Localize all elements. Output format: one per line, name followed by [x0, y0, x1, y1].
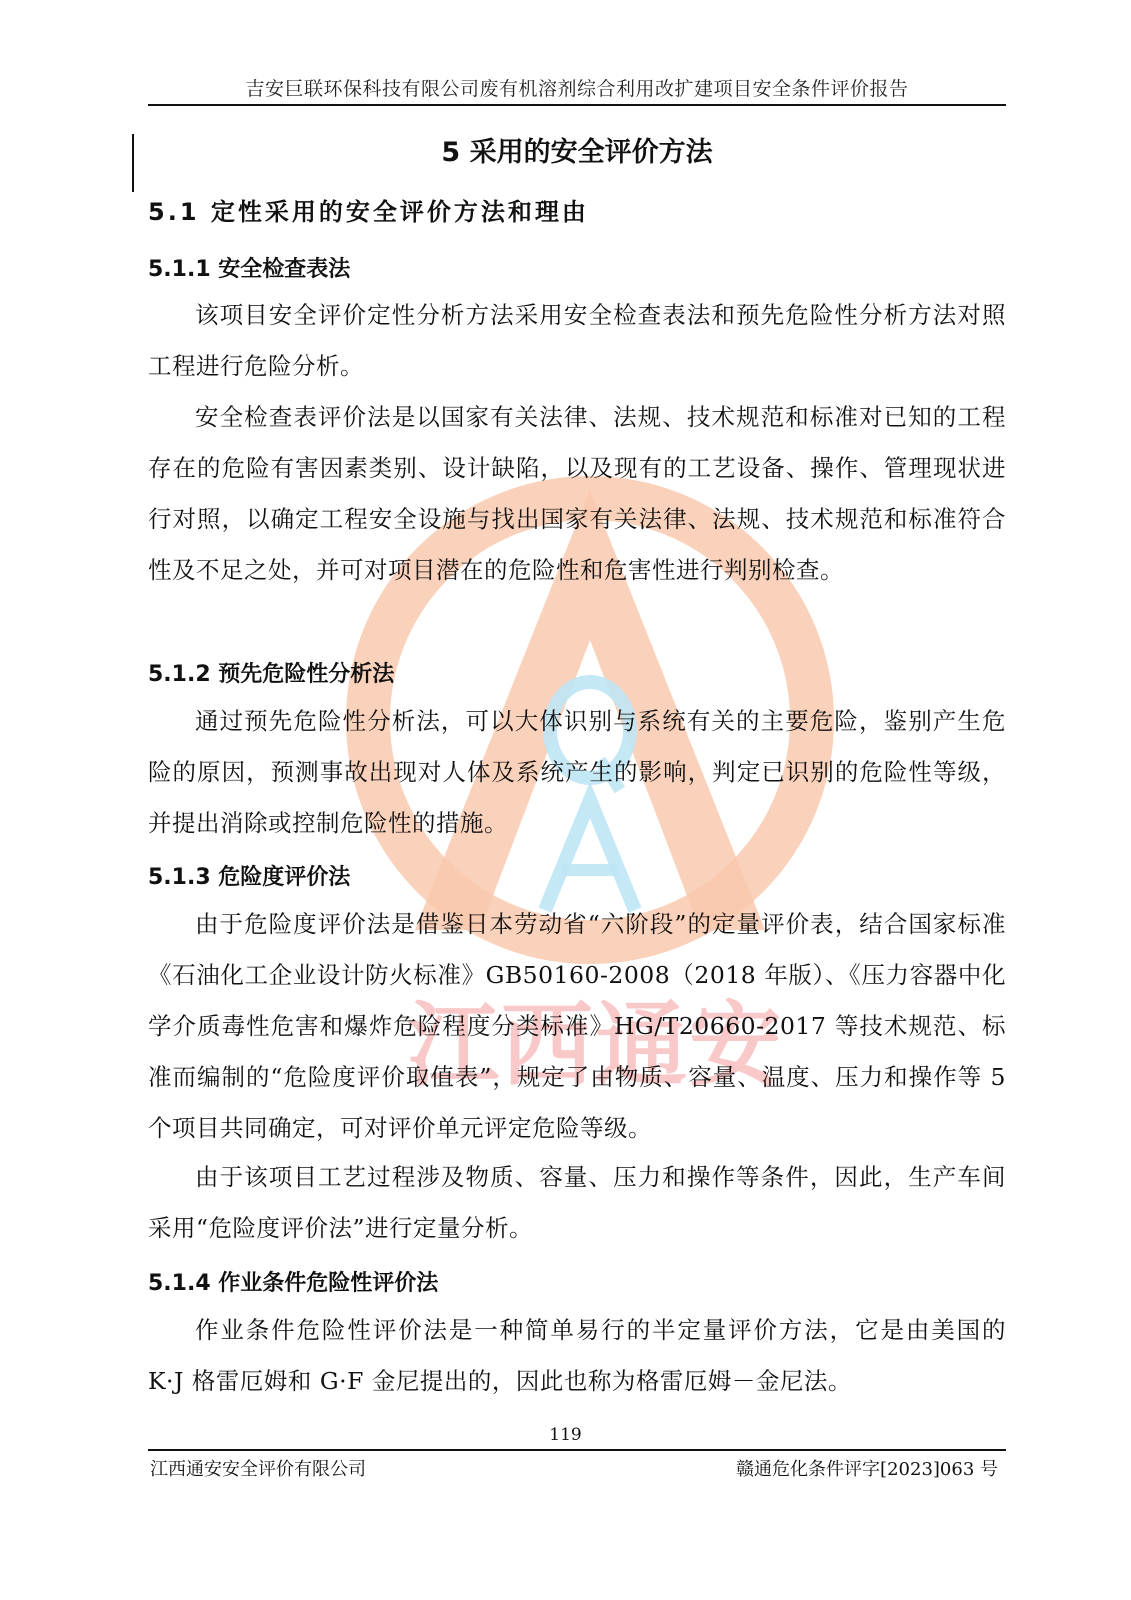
page-number: 119 — [0, 1425, 1131, 1445]
section-heading-5-1-1: 5.1.1 安全检查表法 — [148, 252, 350, 283]
change-bar-marker — [132, 134, 134, 192]
section-heading-5-1-4: 5.1.4 作业条件危险性评价法 — [148, 1266, 438, 1297]
paragraph-5-1-3-application: 由于该项目工艺过程涉及物质、容量、压力和操作等条件，因此，生产车间采用“危险度评… — [148, 1152, 1006, 1254]
paragraph-5-1-1-checklist: 安全检查表评价法是以国家有关法律、法规、技术规范和标准对已知的工程存在的危险有害… — [148, 392, 1006, 596]
running-header: 吉安巨联环保科技有限公司废有机溶剂综合利用改扩建项目安全条件评价报告 — [148, 74, 1006, 101]
paragraph-5-1-3-method: 由于危险度评价法是借鉴日本劳动省“六阶段”的定量评价表，结合国家标准《石油化工企… — [148, 899, 1006, 1154]
footer-divider — [148, 1449, 1006, 1451]
chapter-title: 5 采用的安全评价方法 — [148, 130, 1006, 169]
section-heading-5-1-3: 5.1.3 危险度评价法 — [148, 860, 350, 891]
document-page: 江西通安 吉安巨联环保科技有限公司废有机溶剂综合利用改扩建项目安全条件评价报告 … — [0, 0, 1131, 1600]
header-divider — [148, 104, 1006, 106]
footer-company: 江西通安安全评价有限公司 — [150, 1455, 366, 1481]
paragraph-5-1-2: 通过预先危险性分析法，可以大体识别与系统有关的主要危险，鉴别产生危险的原因，预测… — [148, 696, 1006, 849]
section-heading-5-1-2: 5.1.2 预先危险性分析法 — [148, 657, 394, 688]
paragraph-5-1-1-intro: 该项目安全评价定性分析方法采用安全检查表法和预先危险性分析方法对照工程进行危险分… — [148, 290, 1006, 392]
paragraph-5-1-4: 作业条件危险性评价法是一种简单易行的半定量评价方法，它是由美国的 K·J 格雷厄… — [148, 1305, 1006, 1407]
section-heading-5-1: 5.1 定性采用的安全评价方法和理由 — [148, 192, 589, 227]
footer-doc-number: 赣通危化条件评字[2023]063 号 — [736, 1455, 998, 1481]
